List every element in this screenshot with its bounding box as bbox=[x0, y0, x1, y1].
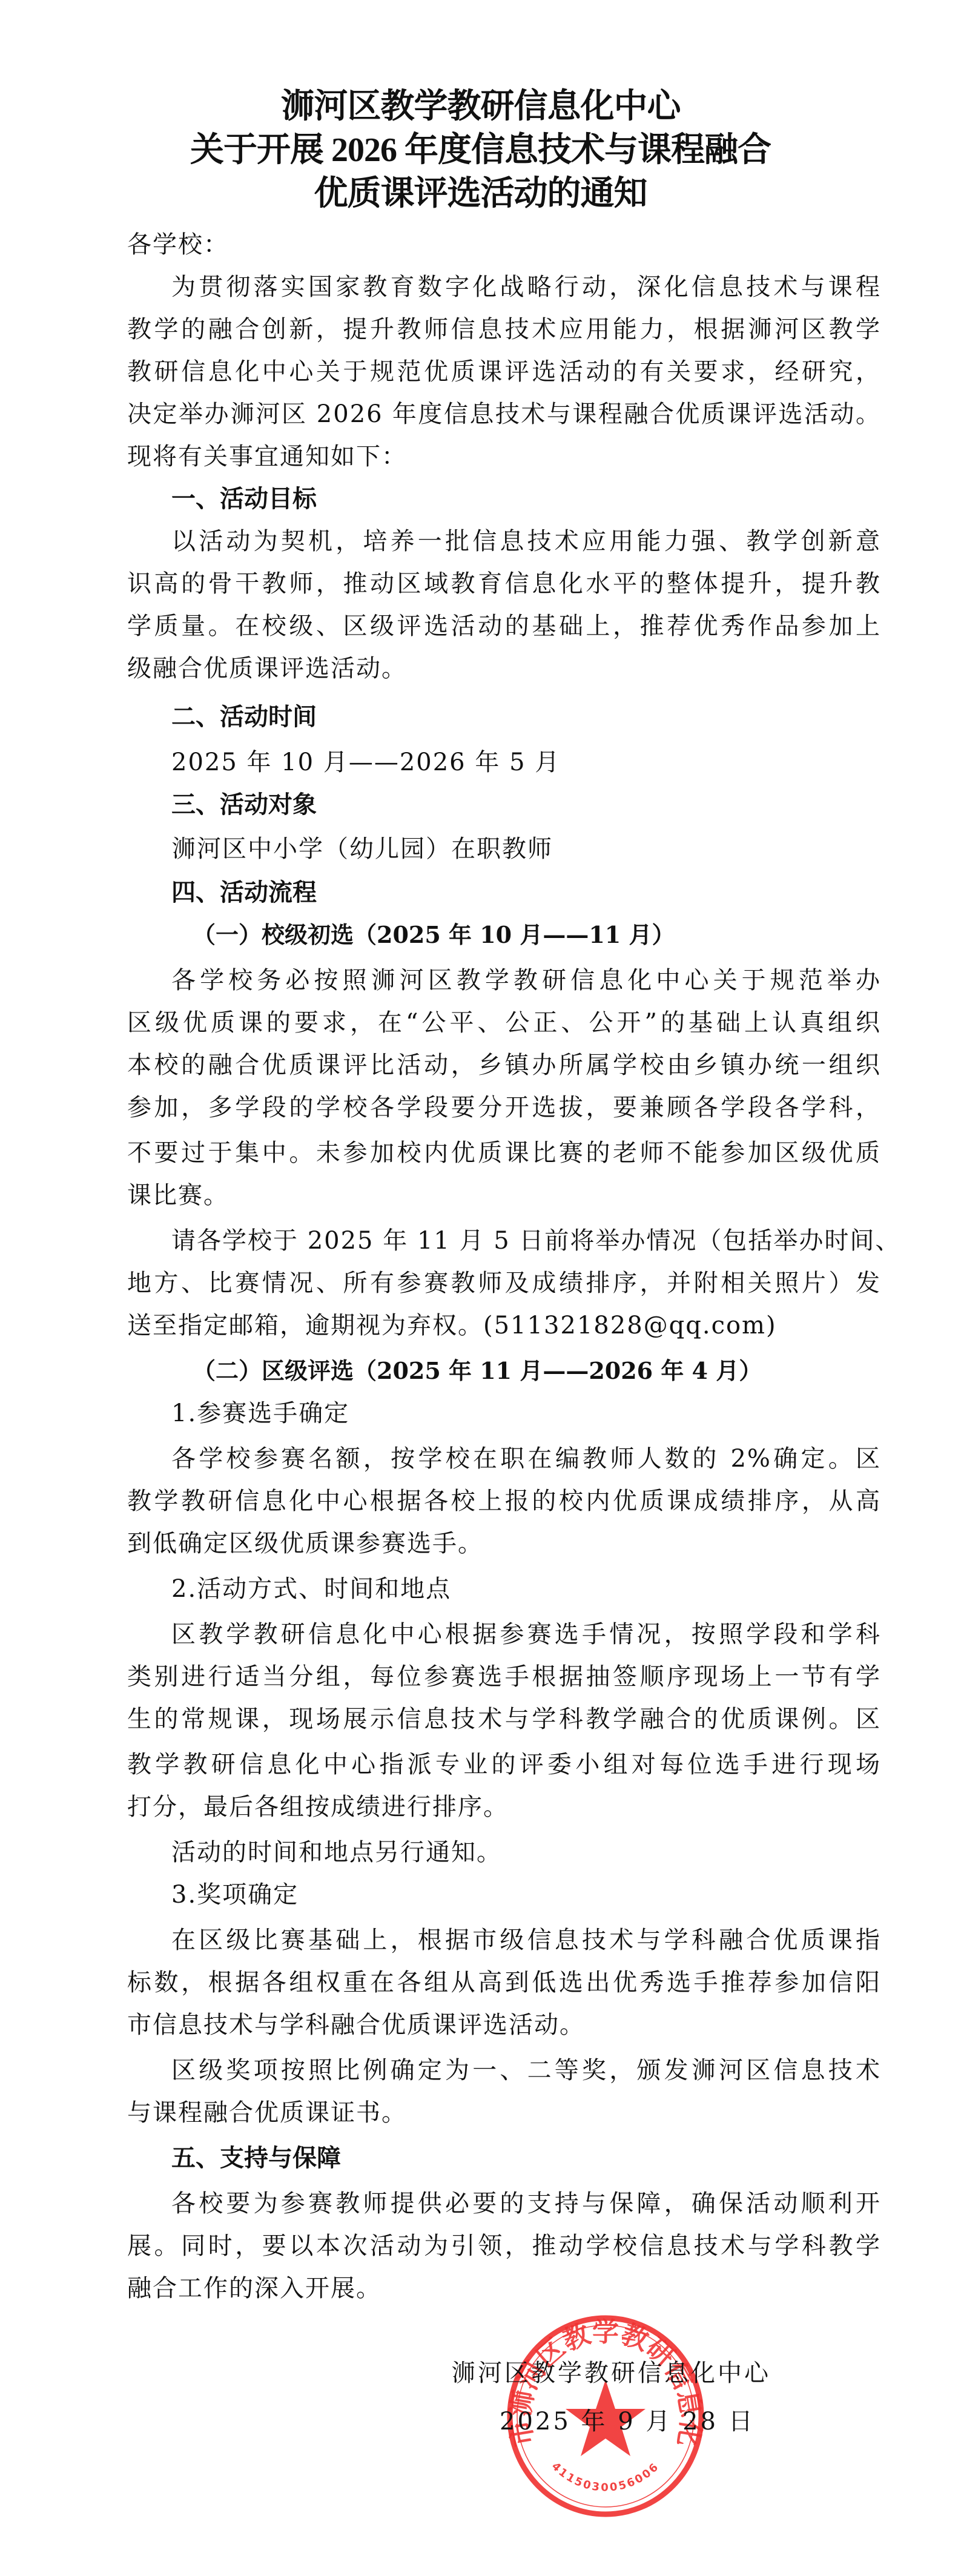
item-2-line: 生的常规课，现场展示信息技术与学科教学融合的优质课例。区 bbox=[127, 1705, 881, 1734]
section-heading-5: 五、支持与保障 bbox=[171, 2144, 925, 2173]
sub1-p1-line: 区级优质课的要求，在“公平、公正、公开”的基础上认真组织 bbox=[127, 1008, 881, 1037]
section-1-line: 识高的骨干教师，推动区域教育信息化水平的整体提升，提升教 bbox=[127, 569, 881, 598]
section-heading-3: 三、活动对象 bbox=[171, 790, 925, 819]
sub1-p1-line: 参加，多学段的学校各学段要分开选拔，要兼顾各学段各学科， bbox=[127, 1093, 881, 1122]
signature-org: 浉河区教学教研信息化中心 bbox=[451, 2359, 771, 2388]
title-line-1: 浉河区教学教研信息化中心 bbox=[0, 85, 961, 128]
item-heading-3: 3.奖项确定 bbox=[171, 1880, 881, 1909]
item-heading-2: 2.活动方式、时间和地点 bbox=[171, 1574, 881, 1603]
sub1-p1-line: 课比赛。 bbox=[127, 1181, 881, 1210]
item-3-line: 区级奖项按照比例确定为一、二等奖，颁发浉河区信息技术 bbox=[171, 2056, 881, 2085]
item-2-line: 类别进行适当分组，每位参赛选手根据抽签顺序现场上一节有学 bbox=[127, 1662, 881, 1691]
section-5-line: 各校要为参赛教师提供必要的支持与保障，确保活动顺利开 bbox=[171, 2189, 881, 2218]
intro-line: 现将有关事宜通知如下： bbox=[127, 442, 881, 471]
intro-line: 决定举办浉河区 2026 年度信息技术与课程融合优质课评选活动。 bbox=[127, 400, 881, 429]
intro-line: 教研信息化中心关于规范优质课评选活动的有关要求，经研究， bbox=[127, 357, 881, 386]
subsection-heading-2: （二）区级评选（2025 年 11 月——2026 年 4 月） bbox=[193, 1356, 946, 1385]
sub1-p1-line: 本校的融合优质课评比活动，乡镇办所属学校由乡镇办统一组织 bbox=[127, 1051, 881, 1080]
svg-text:4115030056006: 4115030056006 bbox=[549, 2460, 662, 2494]
activity-time: 2025 年 10 月——2026 年 5 月 bbox=[171, 748, 881, 777]
sub1-p2-line: 送至指定邮箱，逾期视为弃权。(511321828@qq.com) bbox=[127, 1311, 881, 1340]
activity-target: 浉河区中小学（幼儿园）在职教师 bbox=[171, 834, 881, 864]
section-heading-4: 四、活动流程 bbox=[171, 878, 925, 907]
intro-line: 为贯彻落实国家教育数字化战略行动，深化信息技术与课程 bbox=[171, 272, 881, 302]
item-1-line: 教学教研信息化中心根据各校上报的校内优质课成绩排序，从高 bbox=[127, 1487, 881, 1516]
document-title: 浉河区教学教研信息化中心 关于开展 2026 年度信息技术与课程融合 优质课评选… bbox=[0, 85, 961, 216]
salutation: 各学校： bbox=[127, 230, 881, 259]
section-5-line: 融合工作的深入开展。 bbox=[127, 2274, 881, 2303]
title-line-3: 优质课评选活动的通知 bbox=[0, 172, 961, 216]
sub1-p2-line: 请各学校于 2025 年 11 月 5 日前将举办情况（包括举办时间、 bbox=[171, 1226, 881, 1255]
section-1-line: 学质量。在校级、区级评选活动的基础上，推荐优秀作品参加上 bbox=[127, 612, 881, 641]
item-2-note: 活动的时间和地点另行通知。 bbox=[171, 1838, 881, 1867]
item-1-line: 各学校参赛名额，按学校在职在编教师人数的 2%确定。区 bbox=[171, 1444, 881, 1473]
item-heading-1: 1.参赛选手确定 bbox=[171, 1399, 881, 1428]
sub1-p1-line: 各学校务必按照浉河区教学教研信息化中心关于规范举办 bbox=[171, 966, 881, 995]
section-1-line: 以活动为契机，培养一批信息技术应用能力强、教学创新意 bbox=[171, 527, 881, 556]
item-1-line: 到低确定区级优质课参赛选手。 bbox=[127, 1529, 881, 1558]
subsection-heading-1: （一）校级初选（2025 年 10 月——11 月） bbox=[193, 920, 946, 949]
document-page: 浉河区教学教研信息化中心 关于开展 2026 年度信息技术与课程融合 优质课评选… bbox=[0, 0, 961, 2576]
item-2-line: 打分，最后各组按成绩进行排序。 bbox=[127, 1792, 881, 1821]
section-5-line: 展。同时，要以本次活动为引领，推动学校信息技术与学科教学 bbox=[127, 2231, 881, 2261]
item-3-line: 在区级比赛基础上，根据市级信息技术与学科融合优质课指 bbox=[171, 1926, 881, 1955]
item-3-line: 与课程融合优质课证书。 bbox=[127, 2098, 881, 2127]
section-heading-1: 一、活动目标 bbox=[171, 484, 925, 514]
sub1-p2-line: 地方、比赛情况、所有参赛教师及成绩排序，并附相关照片）发 bbox=[127, 1269, 881, 1298]
item-3-line: 标数，根据各组权重在各组从高到低选出优秀选手推荐参加信阳 bbox=[127, 1968, 881, 1997]
title-line-2: 关于开展 2026 年度信息技术与课程融合 bbox=[0, 128, 961, 172]
signature-date: 2025 年 9 月 28 日 bbox=[500, 2407, 755, 2436]
section-heading-2: 二、活动时间 bbox=[171, 702, 925, 732]
section-1-line: 级融合优质课评选活动。 bbox=[127, 654, 881, 683]
intro-line: 教学的融合创新，提升教师信息技术应用能力，根据浉河区教学 bbox=[127, 315, 881, 344]
item-2-line: 区教学教研信息化中心根据参赛选手情况，按照学段和学科 bbox=[171, 1620, 881, 1649]
sub1-p1-line: 不要过于集中。未参加校内优质课比赛的老师不能参加区级优质 bbox=[127, 1138, 881, 1167]
item-3-line: 市信息技术与学科融合优质课评选活动。 bbox=[127, 2010, 881, 2039]
item-2-line: 教学教研信息化中心指派专业的评委小组对每位选手进行现场 bbox=[127, 1750, 881, 1779]
